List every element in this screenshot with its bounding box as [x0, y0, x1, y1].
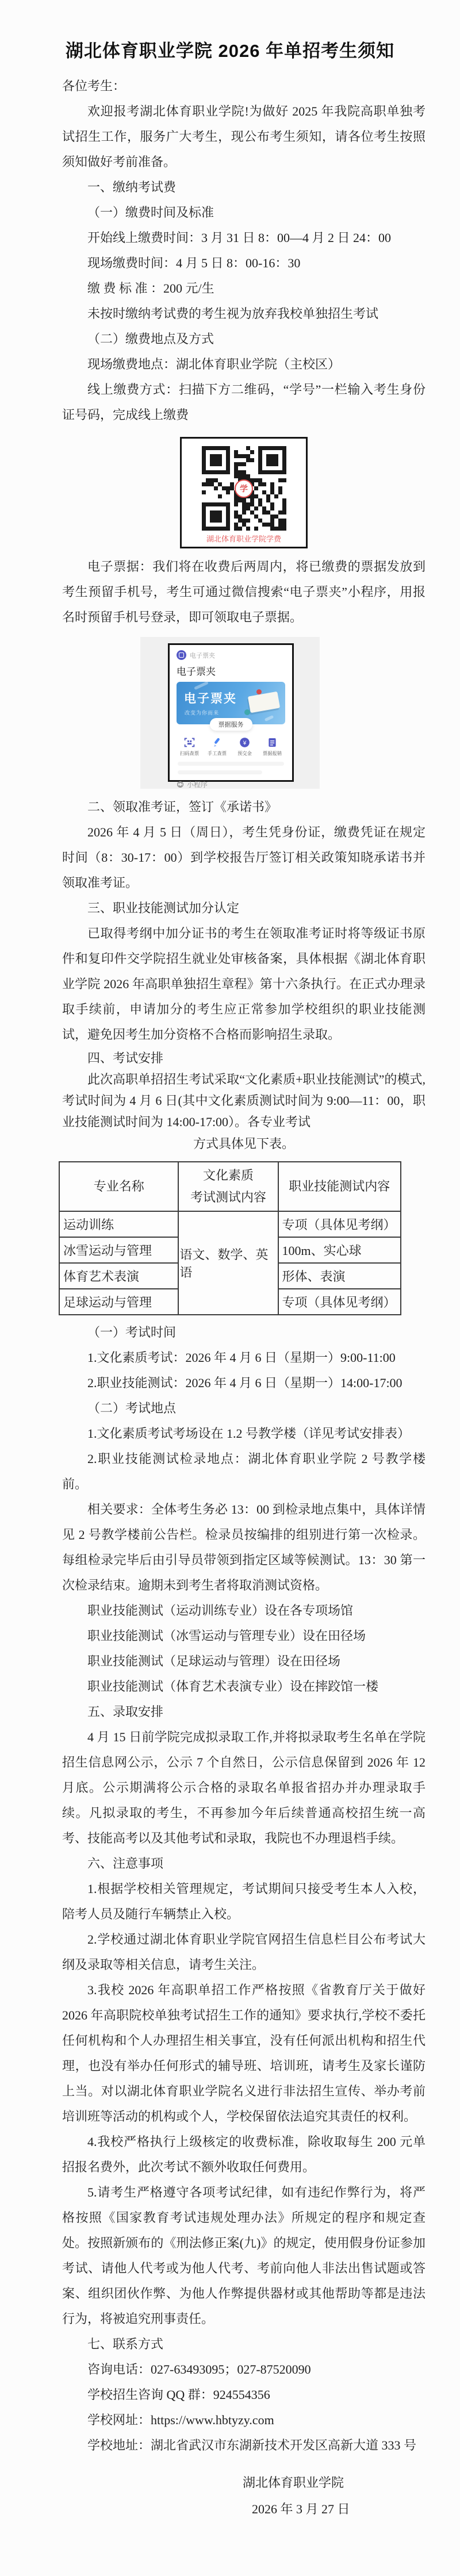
- mini-program-link-icon: [177, 781, 184, 788]
- services-row: 扫码查票 手工查票 ¥ 预交金: [177, 736, 285, 757]
- page-title: 湖北体育职业学院 2026 年单招考生须知: [0, 0, 460, 64]
- mini-program-screenshot: 电子票夹 电子票夹 电子票夹 改变为你而来 票据服务: [140, 637, 320, 789]
- paragraph: 1.文化素质考试考场设在 1.2 号教学楼（详见考试安排表）: [62, 1421, 425, 1446]
- service-reimburse: 票据报销: [259, 736, 285, 757]
- paragraph: 电子票据：我们将在收费后两周内，将已缴费的票据发放到考生预留手机号，考生可通过微…: [62, 554, 425, 630]
- table-cell-skill: 专项（具体见考纲）: [278, 1211, 401, 1237]
- placeholder-line: [178, 762, 284, 766]
- table-cell-culture: 语文、数学、英语: [178, 1211, 278, 1315]
- document-body: 各位考生：欢迎报考湖北体育职业学院!为做好 2025 年我院高职单独考试招生工作…: [62, 74, 425, 2523]
- paragraph: （二）缴费地点及方式: [62, 327, 425, 352]
- paragraph: 学校网址：https://www.hbtyzy.com: [62, 2408, 425, 2433]
- receipt-doc-icon: [266, 736, 278, 748]
- yen-coin-icon: ¥: [239, 736, 251, 748]
- paragraph: 职业技能测试（体育艺术表演专业）设在摔跤馆一楼: [62, 1674, 425, 1699]
- paragraph: 缴 费 标 准 ：200 元/生: [62, 276, 425, 301]
- paragraph: 现场缴费地点：湖北体育职业学院（主校区）: [62, 352, 425, 377]
- paragraph: 学校地址：湖北省武汉市东湖新技术开发区高新大道 333 号: [62, 2433, 425, 2458]
- service-scan: 扫码查票: [177, 736, 202, 757]
- card-header: 电子票夹: [177, 650, 285, 660]
- signature-date: 2026 年 3 月 27 日: [252, 2496, 425, 2523]
- mini-program-footer: 小程序: [177, 780, 285, 789]
- paragraph: 2026 年 4 月 5 日（周日），考生凭身份证，缴费凭证在规定时间（8：30…: [62, 820, 425, 896]
- paragraph: 一、缴纳考试费: [62, 175, 425, 200]
- app-avatar-icon: [177, 650, 186, 660]
- paragraph: 四、考试安排: [62, 1047, 425, 1069]
- paragraph: 4.我校严格执行上级核定的收费标准，除收取每生 200 元单招报名费外，此次考试…: [62, 2129, 425, 2180]
- paragraph: 职业技能测试（运动训练专业）设在各专项场馆: [62, 1598, 425, 1623]
- table-cell-skill: 100m、实心球: [278, 1237, 401, 1263]
- paragraph: 现场缴费时间：4 月 5 日 8：00-16：30: [62, 251, 425, 276]
- qr-code-image: 学: [202, 446, 286, 531]
- table-cell-skill: 专项（具体见考纲）: [278, 1289, 401, 1315]
- paragraph: （一）缴费时间及标准: [62, 200, 425, 225]
- table-cell-major: 冰雪运动与管理: [59, 1237, 178, 1263]
- paragraph: 4 月 15 日前学院完成拟录取工作,并将拟录取考生名单在学院招生信息网公示，公…: [62, 1725, 425, 1851]
- signature-name: 湖北体育职业学院: [243, 2470, 425, 2496]
- signature-block: 湖北体育职业学院 2026 年 3 月 27 日: [62, 2470, 425, 2523]
- paragraph: 五、录取安排: [62, 1699, 425, 1725]
- paragraph: 相关要求：全体考生务必 13：00 到检录地点集中，具体详情见 2 号教学楼前公…: [62, 1497, 425, 1598]
- teal-dot-decoration: [244, 709, 250, 715]
- table-cell-skill: 形体、表演: [278, 1263, 401, 1289]
- svg-text:¥: ¥: [243, 739, 247, 746]
- service-label: 预交金: [233, 750, 256, 757]
- placeholder-line: [178, 770, 262, 774]
- table-header-skill: 职业技能测试内容: [278, 1162, 401, 1211]
- paragraph: 学校招生咨询 QQ 群：924554356: [62, 2382, 425, 2408]
- service-manual: 手工查票: [204, 736, 230, 757]
- qr-scan-icon: [183, 736, 195, 748]
- service-label: 票据报销: [260, 750, 284, 757]
- qr-center-seal: 学: [235, 479, 253, 498]
- paragraph: 2.职业技能测试：2026 年 4 月 6 日（星期一）14:00-17:00: [62, 1370, 425, 1396]
- section-receipt: 电子票据：我们将在收费后两周内，将已缴费的票据发放到考生预留手机号，考生可通过微…: [62, 554, 425, 630]
- section-exam: 二、领取准考证，签订《承诺书》2026 年 4 月 5 日（周日），考生凭身份证…: [62, 794, 425, 1155]
- service-deposit: ¥ 预交金: [232, 736, 258, 757]
- paragraph: 职业技能测试（冰雪运动与管理专业）设在田径场: [62, 1623, 425, 1649]
- book-illustration: [248, 692, 280, 713]
- banner-image: 电子票夹 改变为你而来 票据服务: [177, 682, 285, 724]
- paragraph: 二、领取准考证，签订《承诺书》: [62, 794, 425, 820]
- red-dot-decoration: [256, 689, 262, 694]
- paragraph: 职业技能测试（足球运动与管理）设在田径场: [62, 1649, 425, 1674]
- paragraph: 方式具体见下表。: [62, 1132, 425, 1155]
- section-notes: （一）考试时间1.文化素质考试：2026 年 4 月 6 日（星期一）9:00-…: [62, 1320, 425, 2458]
- banner-streak: [194, 681, 209, 690]
- paragraph: 1.文化素质考试：2026 年 4 月 6 日（星期一）9:00-11:00: [62, 1345, 425, 1370]
- paragraph: 各位考生：: [62, 74, 425, 99]
- banner-streak: [264, 715, 274, 721]
- table-cell-major: 运动训练: [59, 1211, 178, 1237]
- app-name: 电子票夹: [190, 651, 215, 660]
- paragraph: 2.职业技能测试检录地点：湖北体育职业学院 2 号教学楼前。: [62, 1446, 425, 1497]
- paragraph: 此次高职单招招生考试采取“文化素质+职业技能测试”的模式,考试时间为 4 月 6…: [62, 1069, 425, 1132]
- banner-subtitle: 改变为你而来: [185, 709, 219, 716]
- paragraph: 六、注意事项: [62, 1851, 425, 1876]
- paragraph: 2.学校通过湖北体育职业学院官网招生信息栏目公布考试大纲及录取等相关信息，请考生…: [62, 1927, 425, 1978]
- footer-label: 小程序: [187, 780, 208, 789]
- paragraph: 3.我校 2026 年高职单招工作严格按照《省教育厅关于做好 2026 年高职院…: [62, 1978, 425, 2129]
- pencil-icon: [211, 736, 223, 748]
- qr-caption: 湖北体育职业学院学费: [190, 533, 298, 545]
- service-label: 扫码查票: [178, 750, 201, 757]
- paragraph: 三、职业技能测试加分认定: [62, 896, 425, 921]
- table-header-major: 专业名称: [59, 1162, 178, 1211]
- table-header-culture: 文化素质 考试测试内容: [178, 1162, 278, 1211]
- paragraph: 欢迎报考湖北体育职业学院!为做好 2025 年我院高职单独考试招生工作，服务广大…: [62, 99, 425, 175]
- mini-program-card: 电子票夹 电子票夹 电子票夹 改变为你而来 票据服务: [168, 643, 294, 782]
- paragraph: 5.请考生严格遵守各项考试纪律，如有违纪作弊行为，将严格按照《国家教育考试违规处…: [62, 2180, 425, 2332]
- paragraph: 开始线上缴费时间：3 月 31 日 8：00—4 月 2 日 24：00: [62, 225, 425, 251]
- paragraph: 未按时缴纳考试费的考生视为放弃我校单独招生考试: [62, 301, 425, 327]
- banner-title: 电子票夹: [184, 689, 237, 707]
- paragraph: 七、联系方式: [62, 2332, 425, 2357]
- paragraph: （二）考试地点: [62, 1396, 425, 1421]
- table-cell-major: 体育艺术表演: [59, 1263, 178, 1289]
- paragraph: （一）考试时间: [62, 1320, 425, 1345]
- paragraph: 已取得考纲中加分证书的考生在领取准考证时将等级证书原件和复印件交学院招生就业处审…: [62, 921, 425, 1047]
- card-title: 电子票夹: [177, 663, 285, 678]
- service-label: 手工查票: [205, 750, 229, 757]
- notice-page: 湖北体育职业学院 2026 年单招考生须知 各位考生：欢迎报考湖北体育职业学院!…: [0, 0, 460, 2576]
- paragraph: 线上缴费方式：扫描下方二维码，“学号”一栏输入考生身份证号码，完成线上缴费: [62, 377, 425, 428]
- paragraph: 咨询电话：027-63493095；027-87520090: [62, 2357, 425, 2382]
- table-cell-major: 足球运动与管理: [59, 1289, 178, 1315]
- table-row: 运动训练 语文、数学、英语 专项（具体见考纲）: [59, 1211, 401, 1237]
- payment-qr-frame: 学 湖北体育职业学院学费: [180, 437, 308, 548]
- paragraph: 1.根据学校相关管理规定，考试期间只接受考生本人入校，陪考人员及随行车辆禁止入校…: [62, 1876, 425, 1927]
- services-pill: 票据服务: [210, 718, 252, 731]
- exam-table: 专业名称 文化素质 考试测试内容 职业技能测试内容 运动训练 语文、数学、英语 …: [59, 1161, 401, 1315]
- section-payment: 各位考生：欢迎报考湖北体育职业学院!为做好 2025 年我院高职单独考试招生工作…: [62, 74, 425, 428]
